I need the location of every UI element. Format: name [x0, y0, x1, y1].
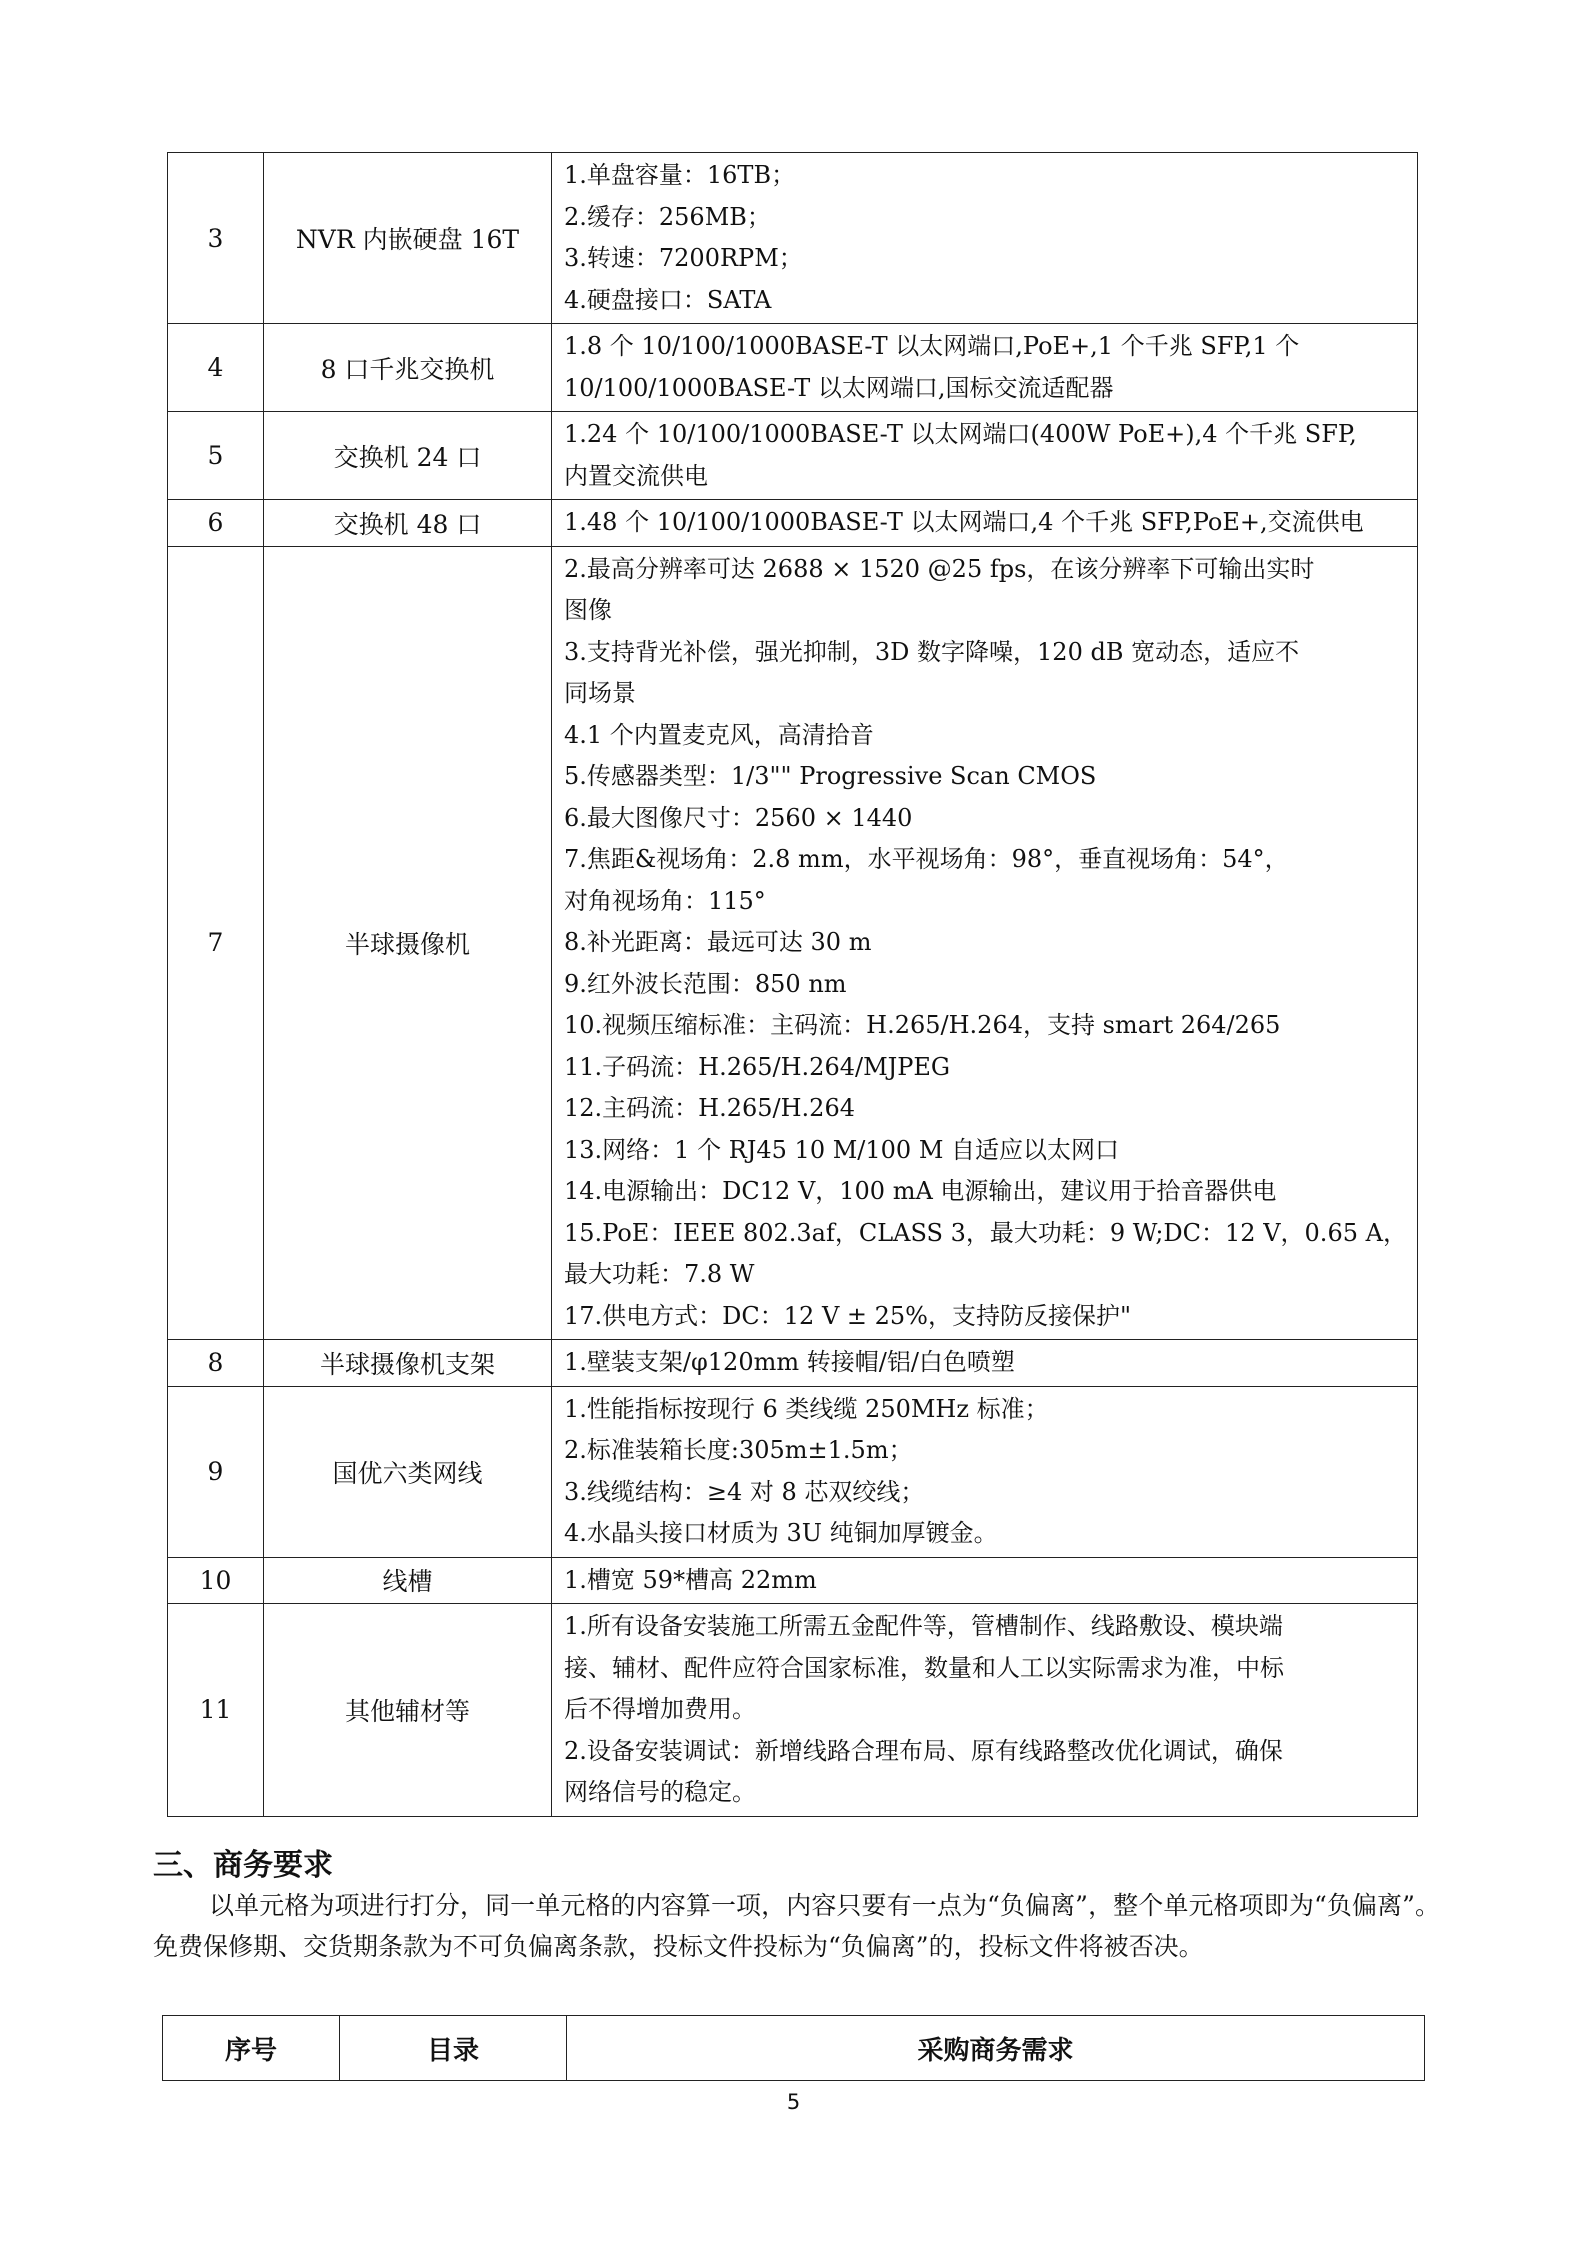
- item-specifications: 1.24 个 10/100/1000BASE-T 以太网端口(400W PoE+…: [552, 412, 1418, 500]
- item-specifications: 1.性能指标按现行 6 类线缆 250MHz 标准；2.标准装箱长度:305m±…: [552, 1386, 1418, 1557]
- item-name: 线槽: [264, 1557, 552, 1604]
- item-name: NVR 内嵌硬盘 16T: [264, 153, 552, 324]
- row-number: 8: [168, 1340, 264, 1387]
- business-table-header-row: 序号 目录 采购商务需求: [163, 2016, 1425, 2081]
- row-number: 9: [168, 1386, 264, 1557]
- item-specifications: 1.单盘容量：16TB；2.缓存：256MB；3.转速：7200RPM；4.硬盘…: [552, 153, 1418, 324]
- table-row: 6交换机 48 口1.48 个 10/100/1000BASE-T 以太网端口,…: [168, 500, 1418, 547]
- header-catalog: 目录: [340, 2016, 567, 2081]
- spec-line: 12.主码流：H.265/H.264: [564, 1088, 1411, 1130]
- spec-line: 2.标准装箱长度:305m±1.5m；: [564, 1430, 1411, 1472]
- spec-line: 1.性能指标按现行 6 类线缆 250MHz 标准；: [564, 1389, 1411, 1431]
- row-number: 11: [168, 1604, 264, 1817]
- spec-line: 1.槽宽 59*槽高 22mm: [564, 1560, 1411, 1602]
- spec-line: 14.电源输出：DC12 V，100 mA 电源输出，建议用于拾音器供电: [564, 1171, 1411, 1213]
- spec-line: 1.48 个 10/100/1000BASE-T 以太网端口,4 个千兆 SFP…: [564, 502, 1411, 544]
- table-row: 5交换机 24 口1.24 个 10/100/1000BASE-T 以太网端口(…: [168, 412, 1418, 500]
- spec-line: 网络信号的稳定。: [564, 1772, 1411, 1814]
- spec-line: 1.壁装支架/φ120mm 转接帽/铝/白色喷塑: [564, 1342, 1411, 1384]
- table-row: 11其他辅材等1.所有设备安装施工所需五金配件等，管槽制作、线路敷设、模块端接、…: [168, 1604, 1418, 1817]
- spec-table-body: 3NVR 内嵌硬盘 16T1.单盘容量：16TB；2.缓存：256MB；3.转速…: [168, 153, 1418, 1817]
- spec-line: 3.支持背光补偿，强光抑制，3D 数字降噪，120 dB 宽动态，适应不: [564, 632, 1411, 674]
- table-row: 7半球摄像机2.最高分辨率可达 2688 × 1520 @25 fps，在该分辨…: [168, 546, 1418, 1340]
- item-specifications: 1.48 个 10/100/1000BASE-T 以太网端口,4 个千兆 SFP…: [552, 500, 1418, 547]
- spec-line: 2.缓存：256MB；: [564, 197, 1411, 239]
- table-row: 48 口千兆交换机1.8 个 10/100/1000BASE-T 以太网端口,P…: [168, 324, 1418, 412]
- spec-line: 对角视场角：115°: [564, 881, 1411, 923]
- item-specifications: 1.所有设备安装施工所需五金配件等，管槽制作、线路敷设、模块端接、辅材、配件应符…: [552, 1604, 1418, 1817]
- spec-line: 6.最大图像尺寸：2560 × 1440: [564, 798, 1411, 840]
- spec-line: 1.单盘容量：16TB；: [564, 155, 1411, 197]
- spec-line: 最大功耗：7.8 W: [564, 1254, 1411, 1296]
- spec-line: 2.设备安装调试：新增线路合理布局、原有线路整改优化调试，确保: [564, 1731, 1411, 1773]
- row-number: 6: [168, 500, 264, 547]
- spec-line: 3.线缆结构：≥4 对 8 芯双绞线；: [564, 1472, 1411, 1514]
- row-number: 3: [168, 153, 264, 324]
- page-number: 5: [0, 2090, 1587, 2114]
- spec-line: 图像: [564, 590, 1411, 632]
- item-specifications: 1.壁装支架/φ120mm 转接帽/铝/白色喷塑: [552, 1340, 1418, 1387]
- item-specifications: 1.槽宽 59*槽高 22mm: [552, 1557, 1418, 1604]
- spec-line: 同场景: [564, 673, 1411, 715]
- spec-line: 接、辅材、配件应符合国家标准，数量和人工以实际需求为准，中标: [564, 1648, 1411, 1690]
- spec-line: 15.PoE：IEEE 802.3af，CLASS 3，最大功耗：9 W;DC：…: [564, 1213, 1411, 1255]
- spec-line: 1.24 个 10/100/1000BASE-T 以太网端口(400W PoE+…: [564, 414, 1411, 456]
- item-name: 8 口千兆交换机: [264, 324, 552, 412]
- spec-line: 11.子码流：H.265/H.264/MJPEG: [564, 1047, 1411, 1089]
- spec-line: 10.视频压缩标准：主码流：H.265/H.264，支持 smart 264/2…: [564, 1005, 1411, 1047]
- item-name: 交换机 48 口: [264, 500, 552, 547]
- table-row: 9国优六类网线1.性能指标按现行 6 类线缆 250MHz 标准；2.标准装箱长…: [168, 1386, 1418, 1557]
- item-name: 其他辅材等: [264, 1604, 552, 1817]
- row-number: 7: [168, 546, 264, 1340]
- spec-line: 1.所有设备安装施工所需五金配件等，管槽制作、线路敷设、模块端: [564, 1606, 1411, 1648]
- row-number: 5: [168, 412, 264, 500]
- document-page: 3NVR 内嵌硬盘 16T1.单盘容量：16TB；2.缓存：256MB；3.转速…: [0, 0, 1587, 2245]
- row-number: 4: [168, 324, 264, 412]
- spec-line: 13.网络：1 个 RJ45 10 M/100 M 自适应以太网口: [564, 1130, 1411, 1172]
- spec-line: 8.补光距离：最远可达 30 m: [564, 922, 1411, 964]
- spec-line: 17.供电方式：DC：12 V ± 25%，支持防反接保护": [564, 1296, 1411, 1338]
- table-row: 8半球摄像机支架1.壁装支架/φ120mm 转接帽/铝/白色喷塑: [168, 1340, 1418, 1387]
- header-business-requirements: 采购商务需求: [567, 2016, 1425, 2081]
- item-name: 国优六类网线: [264, 1386, 552, 1557]
- item-name: 交换机 24 口: [264, 412, 552, 500]
- spec-line: 4.1 个内置麦克风，高清拾音: [564, 715, 1411, 757]
- spec-line: 内置交流供电: [564, 456, 1411, 498]
- table-row: 3NVR 内嵌硬盘 16T1.单盘容量：16TB；2.缓存：256MB；3.转速…: [168, 153, 1418, 324]
- spec-line: 2.最高分辨率可达 2688 × 1520 @25 fps，在该分辨率下可输出实…: [564, 549, 1411, 591]
- spec-table: 3NVR 内嵌硬盘 16T1.单盘容量：16TB；2.缓存：256MB；3.转速…: [167, 152, 1418, 1817]
- item-specifications: 1.8 个 10/100/1000BASE-T 以太网端口,PoE+,1 个千兆…: [552, 324, 1418, 412]
- item-name: 半球摄像机: [264, 546, 552, 1340]
- item-specifications: 2.最高分辨率可达 2688 × 1520 @25 fps，在该分辨率下可输出实…: [552, 546, 1418, 1340]
- spec-line: 4.水晶头接口材质为 3U 纯铜加厚镀金。: [564, 1513, 1411, 1555]
- table-row: 10线槽1.槽宽 59*槽高 22mm: [168, 1557, 1418, 1604]
- spec-line: 9.红外波长范围：850 nm: [564, 964, 1411, 1006]
- spec-line: 7.焦距&视场角：2.8 mm，水平视场角：98°，垂直视场角：54°，: [564, 839, 1411, 881]
- spec-line: 1.8 个 10/100/1000BASE-T 以太网端口,PoE+,1 个千兆…: [564, 326, 1411, 368]
- spec-line: 后不得增加费用。: [564, 1689, 1411, 1731]
- item-name: 半球摄像机支架: [264, 1340, 552, 1387]
- business-table: 序号 目录 采购商务需求: [162, 2015, 1425, 2081]
- spec-line: 5.传感器类型：1/3"" Progressive Scan CMOS: [564, 756, 1411, 798]
- section-paragraph: 以单元格为项进行打分，同一单元格的内容算一项，内容只要有一点为“负偏离”，整个单…: [153, 1885, 1440, 1967]
- section-title: 三、商务要求: [153, 1840, 333, 1884]
- header-serial-number: 序号: [163, 2016, 340, 2081]
- spec-line: 10/100/1000BASE-T 以太网端口,国标交流适配器: [564, 368, 1411, 410]
- spec-line: 4.硬盘接口：SATA: [564, 280, 1411, 322]
- row-number: 10: [168, 1557, 264, 1604]
- spec-line: 3.转速：7200RPM；: [564, 238, 1411, 280]
